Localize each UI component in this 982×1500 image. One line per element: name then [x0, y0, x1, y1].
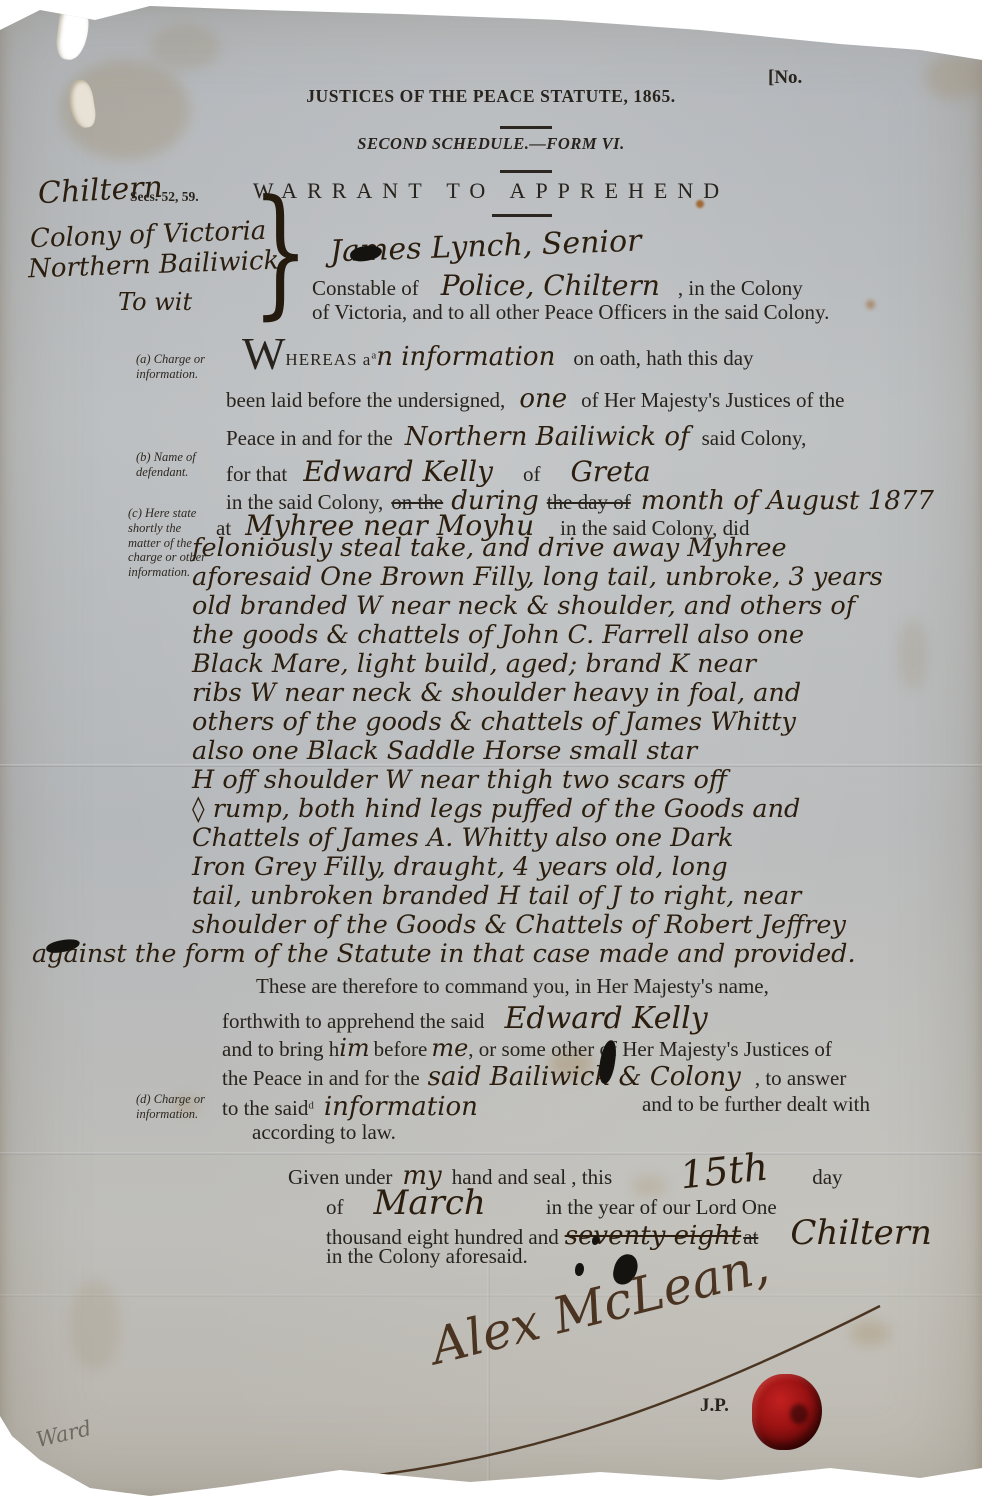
in-the-colony-label: , in the Colony [678, 276, 803, 300]
charge-line: Iron Grey Filly, draught, 4 years old, l… [192, 853, 883, 882]
divider-rule [500, 170, 552, 173]
command-l3a: and to bring h [222, 1037, 339, 1061]
whereas-l2a: been laid before the undersigned, [226, 388, 505, 412]
handwritten-station: Police, Chiltern [441, 269, 660, 302]
handwritten-one: one [519, 384, 567, 414]
schedule-heading: SECOND SCHEDULE.—FORM VI. [0, 136, 982, 153]
divider-rule [500, 126, 552, 129]
stain [150, 25, 220, 70]
ink-blot [575, 1263, 584, 1276]
in-colony-aforesaid: in the Colony aforesaid. [326, 1246, 528, 1267]
charge-line: ribs W near neck & shoulder heavy in foa… [192, 679, 883, 708]
footnote-mark-d: d [308, 1100, 314, 1112]
charge-line: shoulder of the Goods & Chattels of Robe… [192, 911, 883, 940]
charge-line: feloniously steal take, and drive away M… [192, 534, 883, 563]
whereas-l4b: of [523, 462, 541, 486]
charge-line: old branded W near neck & shoulder, and … [192, 592, 883, 621]
document-scan: [No. JUSTICES OF THE PEACE STATUTE, 1865… [0, 0, 982, 1500]
charge-line: ◊ rump, both hind legs puffed of the Goo… [192, 795, 883, 824]
handwritten-defendant-place: Greta [570, 455, 650, 488]
struck-day-of: the day of [547, 490, 631, 514]
whereas-initial: W [242, 328, 285, 379]
statute-heading: JUSTICES OF THE PEACE STATUTE, 1865. [0, 88, 982, 106]
jp-label: J.P. [700, 1396, 729, 1415]
command-l6: according to law. [252, 1122, 396, 1143]
command-l3b: before [374, 1037, 428, 1061]
charge-line: Black Mare, light build, aged; brand K n… [192, 650, 883, 679]
command-l3c: , or some other of Her Majesty's Justice… [468, 1037, 832, 1061]
charge-line: tail, unbroken branded H tail of J to ri… [192, 882, 883, 911]
handwritten-apprehend-name: Edward Kelly [504, 1001, 707, 1036]
divider-rule [492, 214, 552, 217]
command-l5a: to the said [222, 1096, 308, 1120]
day-label: day [812, 1165, 842, 1189]
charge-line: others of the goods & chattels of James … [192, 708, 883, 737]
whereas-l3a: Peace in and for the [226, 426, 393, 450]
wax-seal-blotch [790, 1404, 808, 1424]
handwritten-bailiwick-of: Northern Bailiwick of [405, 422, 690, 452]
brace: } [252, 182, 309, 322]
whereas-l2b: of Her Majesty's Justices of the [581, 388, 844, 412]
command-l4b: , to answer [755, 1066, 847, 1090]
handwritten-bailiwick: Northern Bailiwick [28, 248, 280, 283]
stain [866, 300, 875, 309]
handwritten-information: n information [376, 342, 555, 372]
stain [70, 1280, 120, 1370]
whereas-l4a: for that [226, 462, 287, 486]
sidenote-d: (d) Charge or information. [136, 1092, 216, 1122]
charge-line: also one Black Saddle Horse small star [192, 737, 883, 766]
command-l4a: the Peace in and for the [222, 1066, 420, 1090]
pencil-annotation: Ward [34, 1418, 93, 1451]
whereas-l3b: said Colony, [702, 426, 807, 450]
handwritten-me: me [431, 1034, 468, 1062]
handwritten-bailiwick-colony: said Bailiwick & Colony [428, 1062, 741, 1092]
charge-line: against the form of the Statute in that … [32, 940, 883, 969]
constable-of-label: Constable of [312, 276, 419, 300]
charge-line: H off shoulder W near thigh two scars of… [192, 766, 883, 795]
command-l5b: and to be further dealt with [642, 1094, 870, 1115]
whereas-tail: on oath, hath this day [573, 346, 753, 370]
stain [898, 620, 928, 690]
sidenote-a: (a) Charge or information. [136, 352, 216, 382]
charge-line: aforesaid One Brown Filly, long tail, un… [192, 563, 883, 592]
command-l2a: forthwith to apprehend the said [222, 1009, 484, 1033]
handwritten-him: im [339, 1034, 369, 1062]
addressee-line2: of Victoria, and to all other Peace Offi… [312, 302, 829, 323]
sidenote-b: (b) Name of defendant. [136, 450, 216, 480]
charge-line: the goods & chattels of John C. Farrell … [192, 621, 883, 650]
command-l1: These are therefore to command you, in H… [256, 976, 769, 997]
form-number-label: [No. [768, 68, 802, 87]
charge-line: Chattels of James A. Whitty also one Dar… [192, 824, 883, 853]
handwritten-defendant-name: Edward Kelly [303, 455, 493, 488]
whereas-word: HEREAS a [285, 350, 371, 369]
handwritten-charge-block: feloniously steal take, and drive away M… [192, 534, 883, 969]
handwritten-signed-place: Chiltern [790, 1213, 932, 1253]
paper-tear-hole [54, 0, 91, 62]
sections-label: Secs. 52, 59. [130, 190, 199, 204]
handwritten-towit: To wit [118, 290, 192, 314]
document-page: [No. JUSTICES OF THE PEACE STATUTE, 1865… [0, 0, 982, 1500]
handwritten-information-2: information [324, 1092, 478, 1122]
